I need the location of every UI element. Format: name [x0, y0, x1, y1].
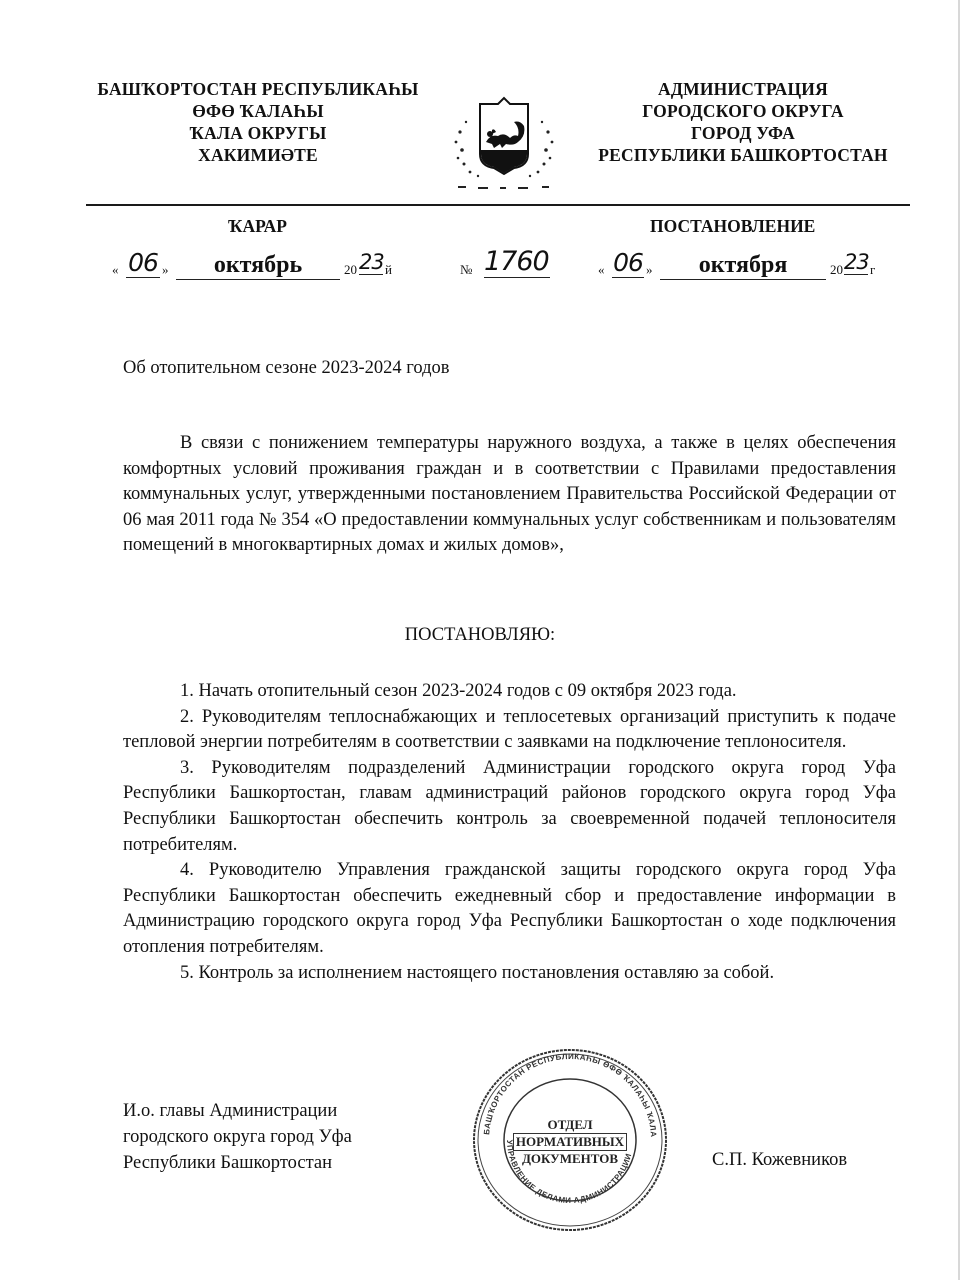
date-left: « 06 » октябрь 20 23 й [112, 248, 442, 288]
preamble: В связи с понижением температуры наружно… [123, 431, 896, 559]
close-quote: » [162, 262, 169, 278]
signatory-line: И.о. главы Администрации [123, 1098, 352, 1124]
decree-heading: ПОСТАНОВЛЯЮ: [0, 625, 960, 646]
document-page: БАШҠОРТОСТАН РЕСПУБЛИКАҺЫ ӨФӨ ҠАЛАҺЫ ҠАЛ… [0, 0, 960, 1280]
decree-item-1: 1. Начать отопительный сезон 2023-2024 г… [123, 679, 896, 705]
open-quote: « [598, 262, 605, 278]
year-handwritten: 23 [844, 250, 868, 275]
decree-item-5: 5. Контроль за исполнением настоящего по… [123, 961, 896, 987]
header-divider [86, 204, 910, 206]
header-left-line: ӨФӨ ҠАЛАҺЫ [80, 100, 436, 122]
header-right-line: ГОРОД УФА [580, 122, 906, 144]
stamp-line: НОРМАТИВНЫХ [513, 1133, 627, 1151]
decree-item-4: 4. Руководителю Управления гражданской з… [123, 858, 896, 960]
header-left-line: ҠАЛА ОКРУГЫ [80, 122, 436, 144]
year-prefix: 20 [830, 262, 843, 278]
ufa-coat-of-arms-icon [448, 92, 560, 192]
header-right-line: ГОРОДСКОГО ОКРУГА [580, 100, 906, 122]
signatory-line: городского округа город Уфа [123, 1124, 352, 1150]
number-sign: № [460, 262, 472, 278]
header-right-line: РЕСПУБЛИКИ БАШКОРТОСТАН [580, 144, 906, 166]
header-left-line: ХАКИМИӘТЕ [80, 144, 436, 166]
date-right: « 06 » октября 20 23 г [598, 248, 898, 288]
document-number: № 1760 [460, 248, 560, 288]
preamble-text: В связи с понижением температуры наружно… [123, 431, 896, 559]
year-handwritten: 23 [359, 250, 383, 275]
day-handwritten: 06 [612, 248, 644, 278]
header-right-line: АДМИНИСТРАЦИЯ [580, 78, 906, 100]
close-quote: » [646, 262, 653, 278]
stamp-line: ОТДЕЛ [467, 1117, 673, 1133]
signatory-name: С.П. Кожевников [712, 1150, 847, 1171]
year-mark: г [870, 262, 875, 278]
year-mark: й [385, 262, 392, 278]
header-russian: АДМИНИСТРАЦИЯ ГОРОДСКОГО ОКРУГА ГОРОД УФ… [580, 78, 906, 166]
doc-type-bashkir: ҠАРАР [228, 216, 287, 237]
year-prefix: 20 [344, 262, 357, 278]
signatory-line: Республики Башкортостан [123, 1150, 352, 1176]
document-subject: Об отопительном сезоне 2023-2024 годов [123, 358, 449, 379]
official-stamp: БАШҠОРТОСТАН РЕСПУБЛИКАҺЫ ӨФӨ ҠАЛАҺЫ ҠАЛ… [467, 1045, 673, 1235]
header-bashkir: БАШҠОРТОСТАН РЕСПУБЛИКАҺЫ ӨФӨ ҠАЛАҺЫ ҠАЛ… [80, 78, 436, 166]
day-handwritten: 06 [126, 248, 160, 278]
month: октября [660, 252, 826, 280]
signatory-position: И.о. главы Администрации городского окру… [123, 1098, 352, 1176]
open-quote: « [112, 262, 119, 278]
stamp-center-text: ОТДЕЛ НОРМАТИВНЫХ ДОКУМЕНТОВ [467, 1117, 673, 1167]
decree-item-3: 3. Руководителям подразделений Администр… [123, 756, 896, 858]
decree-item-2: 2. Руководителям теплоснабжающих и тепло… [123, 705, 896, 756]
doc-type-russian: ПОСТАНОВЛЕНИЕ [650, 216, 815, 237]
decree-items: 1. Начать отопительный сезон 2023-2024 г… [123, 679, 896, 986]
number-handwritten: 1760 [484, 246, 550, 278]
stamp-line: ДОКУМЕНТОВ [467, 1151, 673, 1167]
month: октябрь [176, 252, 340, 280]
header-left-line: БАШҠОРТОСТАН РЕСПУБЛИКАҺЫ [80, 78, 436, 100]
